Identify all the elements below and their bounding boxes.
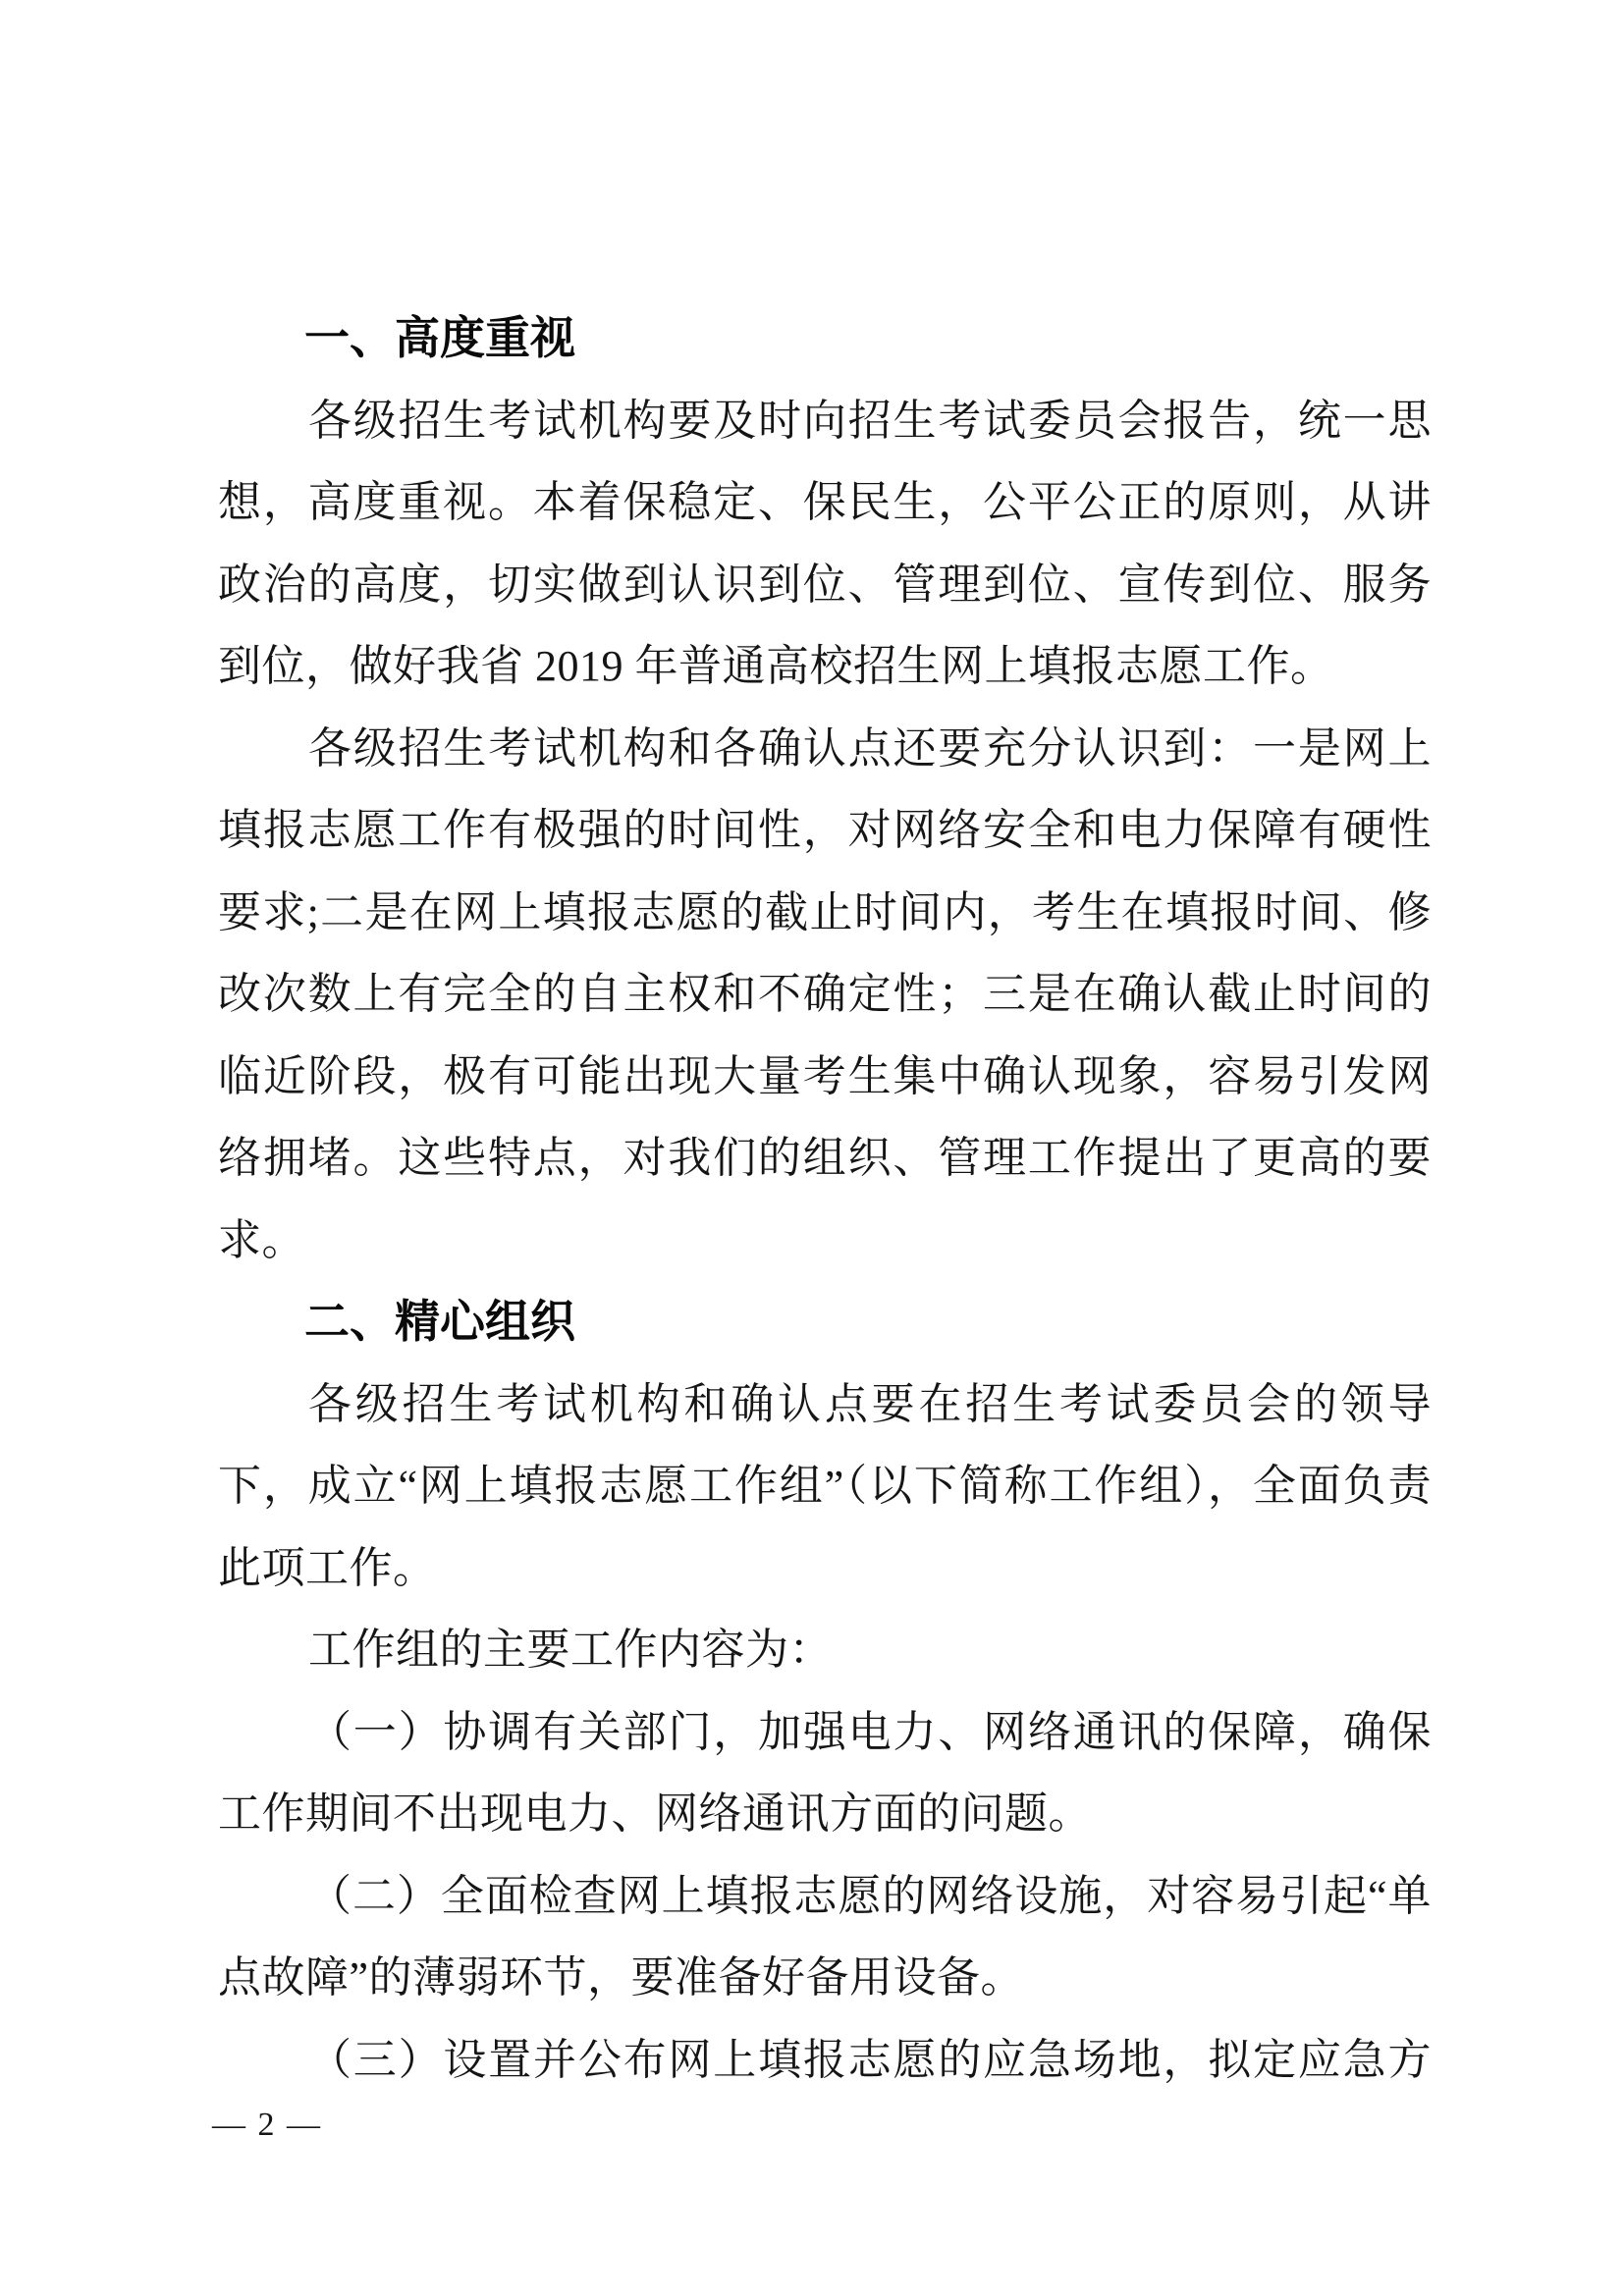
document-page: 一、高度重视 各级招生考试机构要及时向招生考试委员会报告，统一思 想，高度重视。… (0, 0, 1624, 2296)
text-line: 临近阶段，极有可能出现大量考生集中确认现象，容易引发网 (218, 1036, 1432, 1118)
text-line: 下，成立“网上填报志愿工作组”（以下简称工作组），全面负责 (218, 1445, 1432, 1527)
text-line: （二）全面检查网上填报志愿的网络设施，对容易引起“单 (218, 1855, 1432, 1938)
text-line: 政治的高度，切实做到认识到位、管理到位、宣传到位、服务 (218, 544, 1432, 626)
text-line: 想，高度重视。本着保稳定、保民生，公平公正的原则，从讲 (218, 461, 1432, 544)
text-line: 各级招生考试机构和确认点要在招生考试委员会的领导 (218, 1363, 1432, 1446)
section-heading-1: 一、高度重视 (218, 297, 1432, 380)
text-line: 点故障”的薄弱环节，要准备好备用设备。 (218, 1937, 1432, 2019)
text-line: （三）设置并公布网上填报志愿的应急场地，拟定应急方 (218, 2019, 1432, 2102)
text-line: 工作组的主要工作内容为： (218, 1609, 1432, 1691)
text-line: 填报志愿工作有极强的时间性，对网络安全和电力保障有硬性 (218, 789, 1432, 872)
text-line: 要求;二是在网上填报志愿的截止时间内，考生在填报时间、修 (218, 872, 1432, 954)
text-line: 此项工作。 (218, 1527, 1432, 1610)
document-body: 一、高度重视 各级招生考试机构要及时向招生考试委员会报告，统一思 想，高度重视。… (218, 297, 1432, 2101)
text-line: 工作期间不出现电力、网络通讯方面的问题。 (218, 1773, 1432, 1855)
section-heading-2: 二、精心组织 (218, 1281, 1432, 1363)
text-line: 到位，做好我省 2019 年普通高校招生网上填报志愿工作。 (218, 625, 1432, 708)
text-line: 络拥堵。这些特点，对我们的组织、管理工作提出了更高的要 (218, 1117, 1432, 1200)
text-line: 各级招生考试机构要及时向招生考试委员会报告，统一思 (218, 380, 1432, 462)
text-line: （一）协调有关部门，加强电力、网络通讯的保障，确保 (218, 1691, 1432, 1774)
text-line: 改次数上有完全的自主权和不确定性；三是在确认截止时间的 (218, 953, 1432, 1036)
page-number: — 2 — (212, 2103, 322, 2147)
text-line: 求。 (218, 1200, 1432, 1282)
text-line: 各级招生考试机构和各确认点还要充分认识到：一是网上 (218, 708, 1432, 790)
